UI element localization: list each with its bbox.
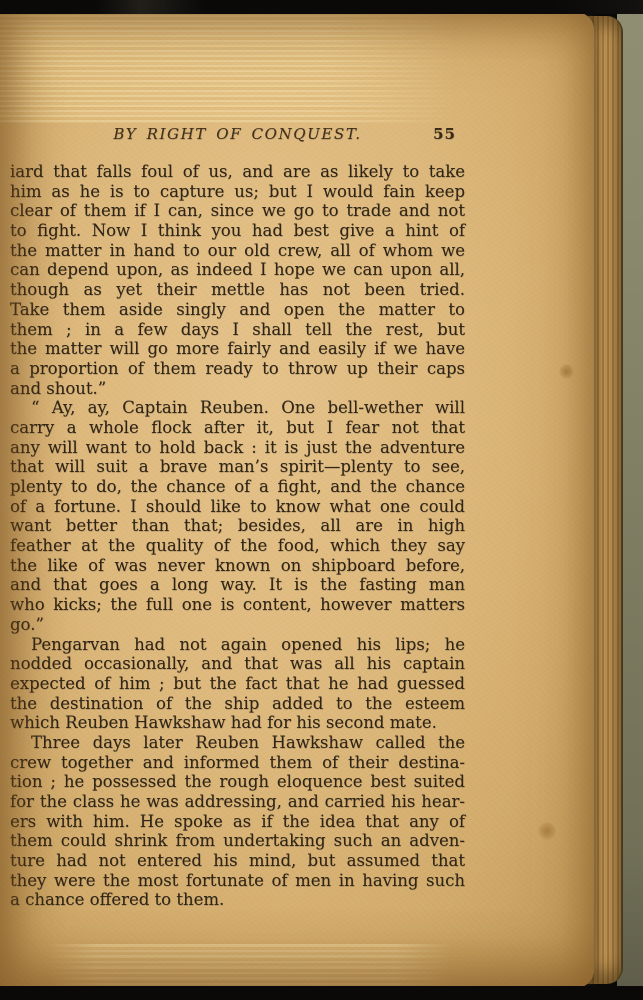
text-line: “ Ay, ay, Captain Reuben. One bell-wethe…: [10, 398, 465, 418]
paragraph: iard that falls foul of us, and are as l…: [10, 162, 465, 398]
text-line: ers with him. He spoke as if the idea th…: [10, 812, 465, 832]
text-line: carry a whole flock after it, but I fear…: [10, 418, 465, 438]
text-line: for the class he was addressing, and car…: [10, 792, 465, 812]
text-line: them ; in a few days I shall tell the re…: [10, 320, 465, 340]
text-line: can depend upon, as indeed I hope we can…: [10, 260, 465, 280]
text-line: expected of him ; but the fact that he h…: [10, 674, 465, 694]
text-line: ture had not entered his mind, but assum…: [10, 851, 465, 871]
text-line: and that goes a long way. It is the fast…: [10, 575, 465, 595]
text-line: him as he is to capture us; but I would …: [10, 182, 465, 202]
page-top-border: [0, 0, 643, 14]
text-line: iard that falls foul of us, and are as l…: [10, 162, 465, 182]
text-line: a proportion of them ready to throw up t…: [10, 359, 465, 379]
text-line: Pengarvan had not again opened his lips;…: [10, 635, 465, 655]
paragraph: Three days later Reuben Hawkshaw called …: [10, 733, 465, 910]
scanned-book-photo: BY RIGHT OF CONQUEST. 55 iard that falls…: [0, 0, 643, 1000]
text-line: want better than that; besides, all are …: [10, 516, 465, 536]
text-line: which Reuben Hawkshaw had for his second…: [10, 713, 465, 733]
text-line: who kicks; the full one is content, howe…: [10, 595, 465, 615]
page-bottom-border: [0, 986, 643, 1000]
text-line: crew together and informed them of their…: [10, 753, 465, 773]
text-line: clear of them if I can, since we go to t…: [10, 201, 465, 221]
paragraph: Pengarvan had not again opened his lips;…: [10, 635, 465, 733]
text-line: feather at the quality of the food, whic…: [10, 536, 465, 556]
page-text: iard that falls foul of us, and are as l…: [10, 162, 465, 910]
text-line: a chance offered to them.: [10, 890, 465, 910]
text-line: nodded occasionally, and that was all hi…: [10, 654, 465, 674]
scan-streak-top: [0, 15, 462, 123]
text-line: the matter will go more fairly and easil…: [10, 339, 465, 359]
text-line: of a fortune. I should like to know what…: [10, 497, 465, 517]
text-line: them could shrink from undertaking such …: [10, 831, 465, 851]
text-line: Take them aside singly and open the matt…: [10, 300, 465, 320]
book-page: BY RIGHT OF CONQUEST. 55 iard that falls…: [0, 12, 594, 988]
header-title: BY RIGHT OF CONQUEST.: [10, 125, 465, 143]
text-line: plenty to do, the chance of a fight, and…: [10, 477, 465, 497]
text-line: and shout.”: [10, 379, 465, 399]
paragraph: “ Ay, ay, Captain Reuben. One bell-wethe…: [10, 398, 465, 634]
text-line: to fight. Now I think you had best give …: [10, 221, 465, 241]
stain-spot: [538, 822, 556, 840]
text-line: Three days later Reuben Hawkshaw called …: [10, 733, 465, 753]
scan-streak-bottom: [48, 944, 452, 988]
text-line: though as yet their mettle has not been …: [10, 280, 465, 300]
text-line: the destination of the ship added to the…: [10, 694, 465, 714]
running-header: BY RIGHT OF CONQUEST. 55: [10, 125, 465, 145]
text-line: any will want to hold back : it is just …: [10, 438, 465, 458]
text-line: tion ; he possessed the rough eloquence …: [10, 772, 465, 792]
stain-spot: [559, 364, 574, 379]
text-line: the matter in hand to our old crew, all …: [10, 241, 465, 261]
text-line: they were the most fortunate of men in h…: [10, 871, 465, 891]
text-line: that will suit a brave man’s spirit—plen…: [10, 457, 465, 477]
text-line: go.”: [10, 615, 465, 635]
text-line: the like of was never known on shipboard…: [10, 556, 465, 576]
page-number: 55: [433, 125, 456, 143]
